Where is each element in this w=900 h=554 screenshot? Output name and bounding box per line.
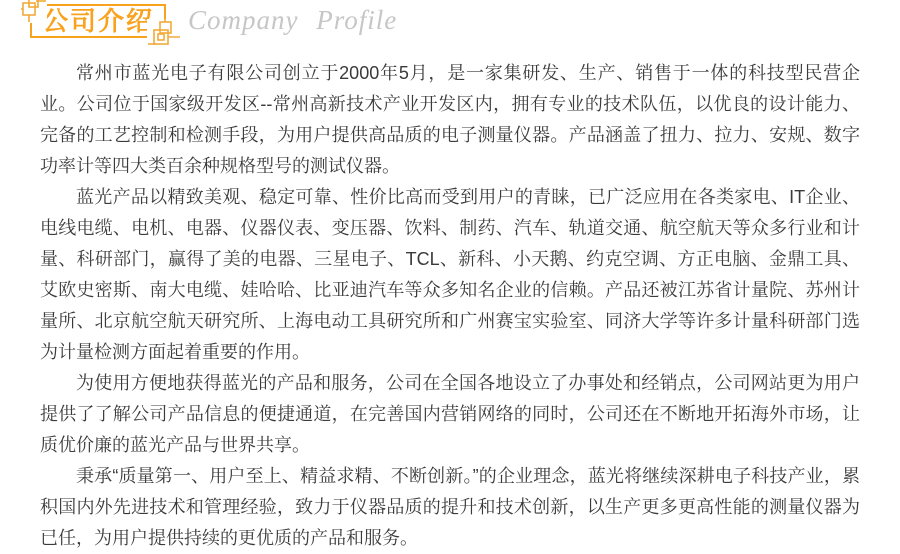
section-header: 公司介绍 Company Profile (0, 0, 900, 48)
fret-ornament-bottom-right-icon (147, 19, 181, 51)
section-title-cn: 公司介绍 (42, 8, 154, 34)
profile-paragraph-3: 为使用方便地获得蓝光的产品和服务，公司在全国各地设立了办事处和经销点，公司网站更… (40, 368, 860, 461)
title-frame: 公司介绍 (30, 4, 166, 38)
profile-paragraph-4: 秉承“质量第一、用户至上、精益求精、不断创新。”的企业理念，蓝光将继续深耕电子科… (40, 461, 860, 554)
profile-paragraph-2: 蓝光产品以精致美观、稳定可靠、性价比高而受到用户的青睐，已广泛应用在各类家电、I… (40, 182, 860, 368)
company-profile-page: 公司介绍 Company Profile 常州市蓝光电子有限公司创立于2000年… (0, 0, 900, 554)
profile-paragraph-1: 常州市蓝光电子有限公司创立于2000年5月，是一家集研发、生产、销售于一体的科技… (40, 58, 860, 182)
profile-text: 常州市蓝光电子有限公司创立于2000年5月，是一家集研发、生产、销售于一体的科技… (40, 58, 860, 554)
section-title-en: Company Profile (188, 5, 397, 36)
fret-ornament-top-left-icon (21, 0, 47, 23)
